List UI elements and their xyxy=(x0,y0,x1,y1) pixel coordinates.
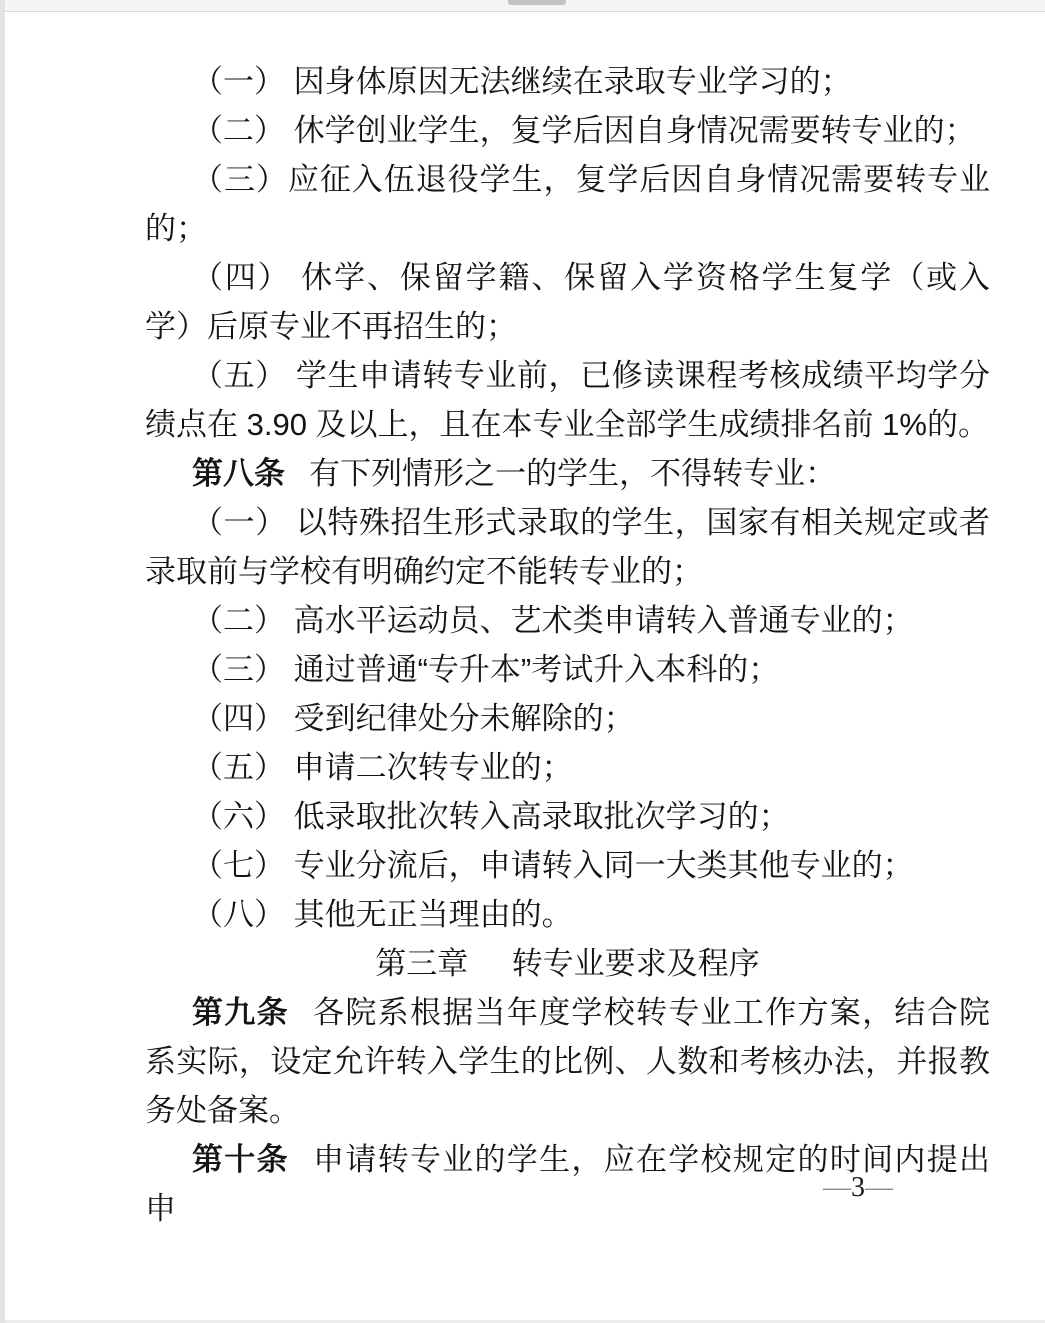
list-item: （三）应征入伍退役学生，复学后因自身情况需要转专业的； xyxy=(145,155,990,253)
article-paragraph: 第八条有下列情形之一的学生，不得转专业： xyxy=(145,449,990,498)
article-number-label: 第九条 xyxy=(192,995,289,1030)
article-number-label: 第八条 xyxy=(192,456,285,491)
list-item: （四） 休学、保留学籍、保留入学资格学生复学（或入学）后原专业不再招生的； xyxy=(145,253,990,351)
page-number: —3— xyxy=(823,1174,893,1202)
list-item: （四） 受到纪律处分未解除的； xyxy=(145,694,990,743)
list-item: （五） 申请二次转专业的； xyxy=(145,743,990,792)
chapter-title: 转专业要求及程序 xyxy=(512,946,760,981)
article-paragraph: 第九条各院系根据当年度学校转专业工作方案，结合院系实际，设定允许转入学生的比例、… xyxy=(145,988,990,1135)
footer-dash-left: — xyxy=(823,1172,851,1203)
list-item: （一） 以特殊招生形式录取的学生，国家有相关规定或者录取前与学校有明确约定不能转… xyxy=(145,498,990,596)
list-item: （八） 其他无正当理由的。 xyxy=(145,890,990,939)
list-item: （六） 低录取批次转入高录取批次学习的； xyxy=(145,792,990,841)
article-text: 有下列情形之一的学生，不得转专业： xyxy=(309,456,836,491)
list-item: （二） 休学创业学生，复学后因自身情况需要转专业的； xyxy=(145,106,990,155)
list-item: （五） 学生申请转专业前，已修读课程考核成绩平均学分绩点在 3.90 及以上，且… xyxy=(145,351,990,449)
article-number-label: 第十条 xyxy=(192,1142,289,1177)
list-item: （三） 通过普通“专升本”考试升入本科的； xyxy=(145,645,990,694)
left-background-strip xyxy=(0,0,5,1323)
top-drag-handle[interactable] xyxy=(508,0,566,5)
footer-dash-right: — xyxy=(865,1172,893,1203)
document-page: （一） 因身体原因无法继续在录取专业学习的； （二） 休学创业学生，复学后因自身… xyxy=(5,12,1045,1320)
document-body: （一） 因身体原因无法继续在录取专业学习的； （二） 休学创业学生，复学后因自身… xyxy=(145,57,990,1233)
chapter-number-label: 第三章 xyxy=(375,946,468,981)
list-item: （二） 高水平运动员、艺术类申请转入普通专业的； xyxy=(145,596,990,645)
chapter-heading: 第三章转专业要求及程序 xyxy=(145,939,990,988)
list-item: （一） 因身体原因无法继续在录取专业学习的； xyxy=(145,57,990,106)
list-item: （七） 专业分流后，申请转入同一大类其他专业的； xyxy=(145,841,990,890)
footer-page-number: 3 xyxy=(851,1172,865,1203)
